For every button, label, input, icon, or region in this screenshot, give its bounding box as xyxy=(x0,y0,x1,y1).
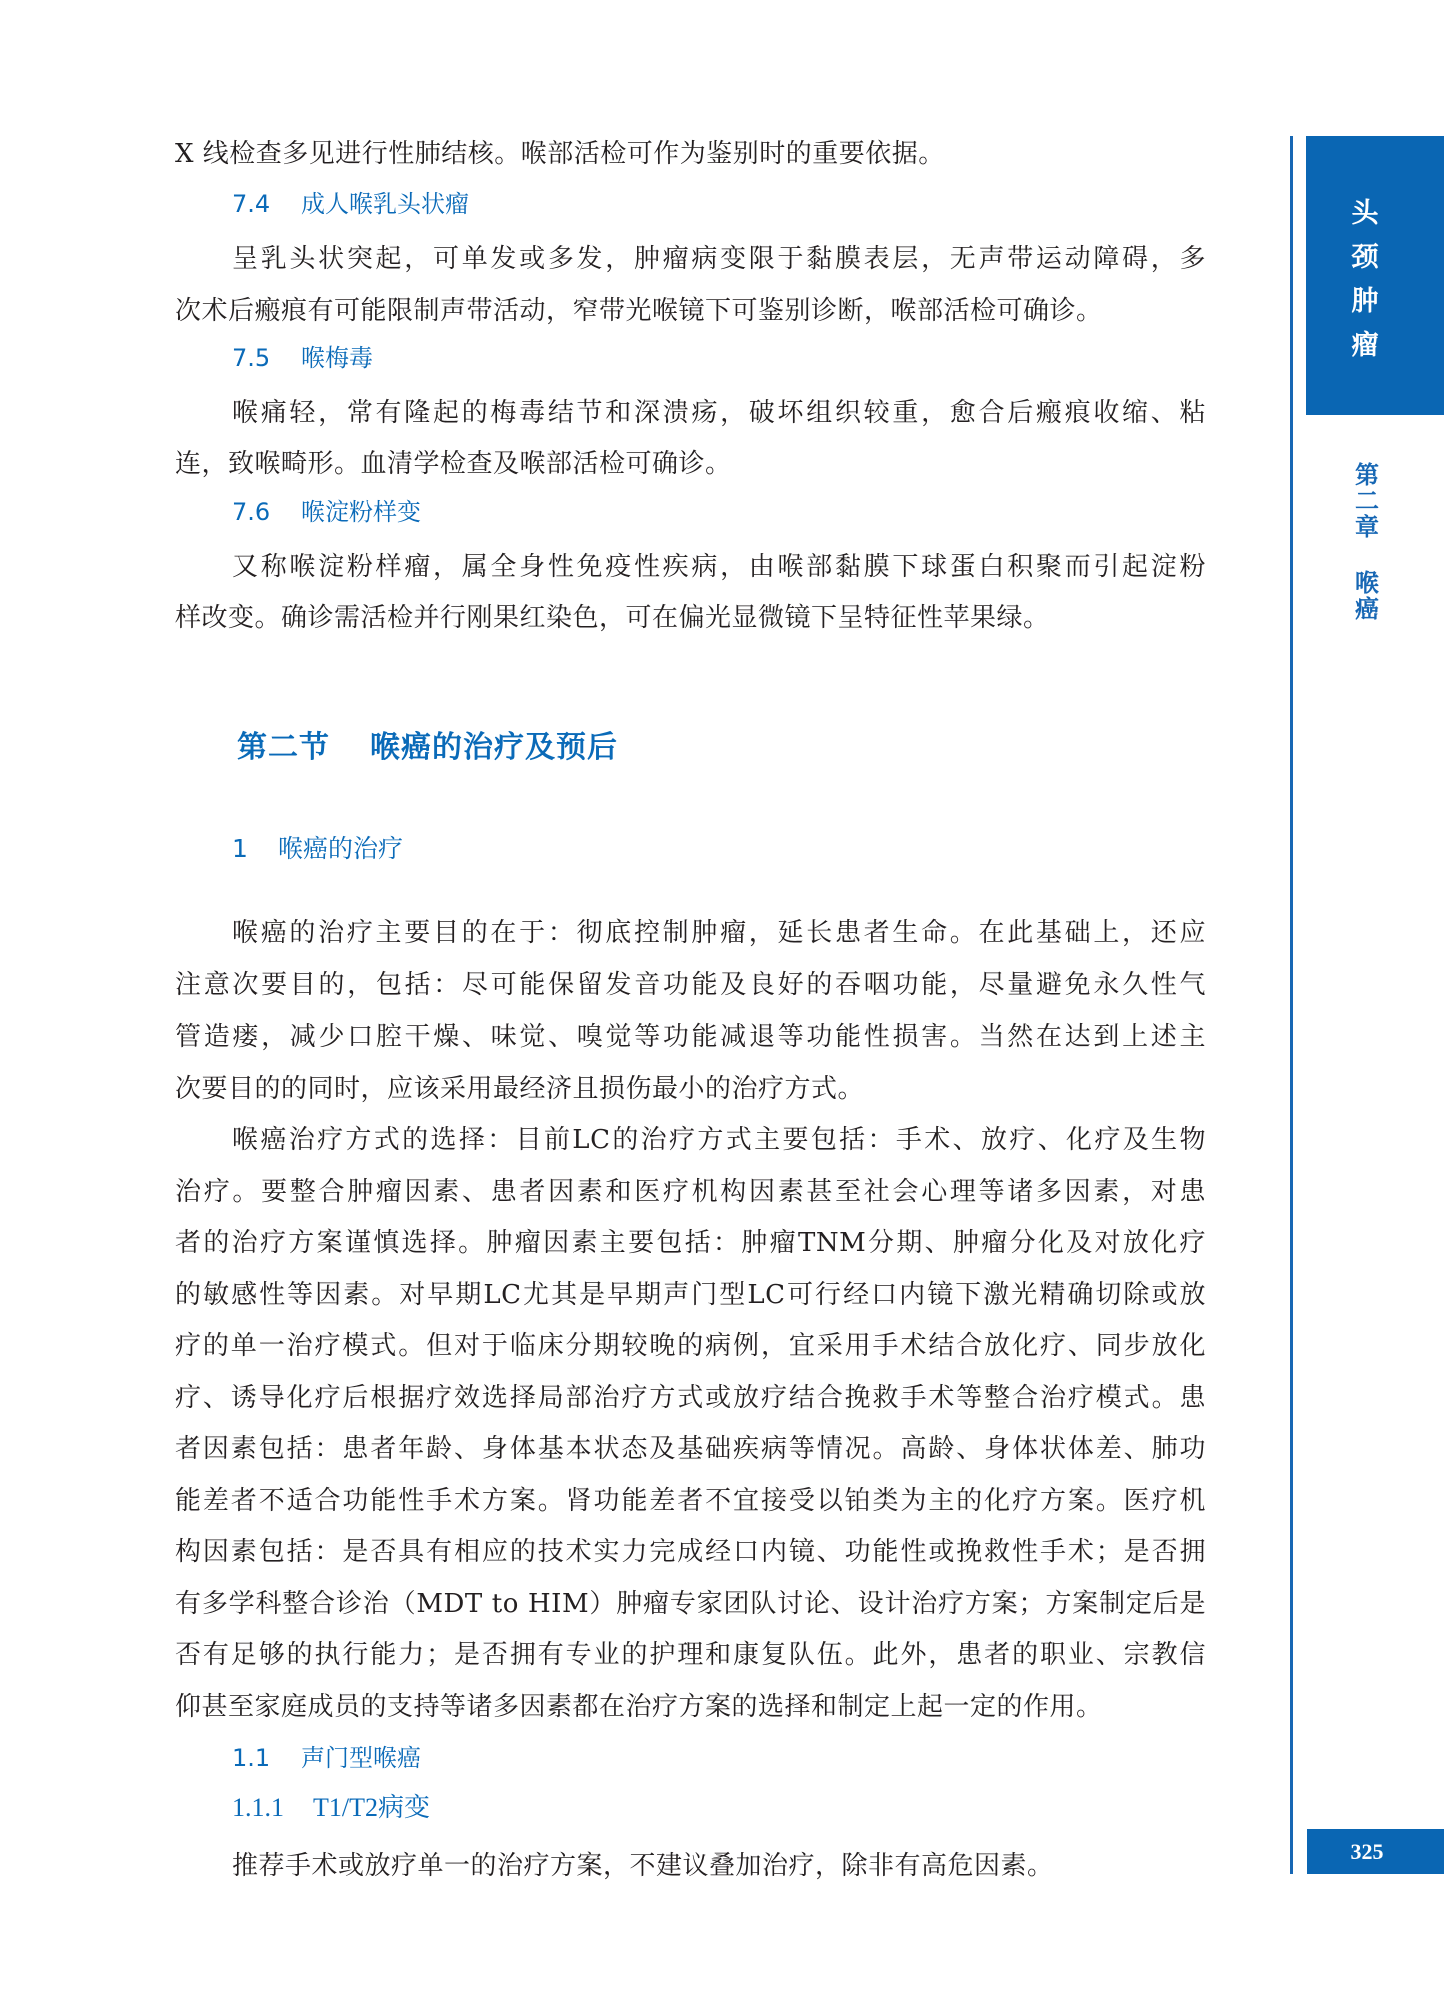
heading-number: 7.6 xyxy=(232,494,301,530)
section-number: 第二节 xyxy=(237,726,330,770)
section-title-text: 喉癌的治疗及预后 xyxy=(370,730,618,765)
heading-number: 1.1.1 xyxy=(232,1790,313,1826)
heading-title: 声门型喉癌 xyxy=(301,1744,421,1772)
body-text-line: 疗的单一治疗模式。但对于临床分期较晚的病例，宜采用手术结合放化疗、同步放化 xyxy=(175,1326,1206,1366)
chapter-char: 二 xyxy=(1355,488,1379,514)
part-tab-char: 肿 xyxy=(1352,280,1379,324)
body-text-line: 的敏感性等因素。对早期LC尤其是早期声门型LC可行经口内镜下激光精确切除或放 xyxy=(175,1275,1206,1315)
subsection-heading-7-5: 7.5喉梅毒 xyxy=(232,340,373,376)
subsection-heading-7-4: 7.4成人喉乳头状瘤 xyxy=(232,186,469,222)
heading-title: 喉梅毒 xyxy=(301,344,373,372)
body-text-line: 者的治疗方案谨慎选择。肿瘤因素主要包括：肿瘤TNM分期、肿瘤分化及对放化疗 xyxy=(175,1223,1206,1263)
body-text-line: 者因素包括：患者年龄、身体基本状态及基础疾病等情况。高龄、身体状体差、肺功 xyxy=(175,1429,1206,1469)
body-text-line: 连，致喉畸形。血清学检查及喉部活检可确诊。 xyxy=(175,444,1206,484)
heading-number: 1.1 xyxy=(232,1740,301,1776)
body-text-line: 注意次要目的，包括：尽可能保留发音功能及良好的吞咽功能，尽量避免永久性气 xyxy=(175,965,1206,1005)
subsection-heading-7-6: 7.6喉淀粉样变 xyxy=(232,494,421,530)
body-text-line: 次要目的的同时，应该采用最经济且损伤最小的治疗方式。 xyxy=(175,1069,1206,1109)
body-text-line: 喉癌治疗方式的选择：目前LC的治疗方式主要包括：手术、放疗、化疗及生物 xyxy=(232,1120,1206,1160)
chapter-topic-char: 癌 xyxy=(1355,596,1379,622)
subsection-heading-1-1-1: 1.1.1T1/T2病变 xyxy=(232,1790,430,1826)
heading-number: 1 xyxy=(232,829,278,869)
body-text-line: 次术后瘢痕有可能限制声带活动，窄带光喉镜下可鉴别诊断，喉部活检可确诊。 xyxy=(175,291,1206,331)
body-text-line: X 线检查多见进行性肺结核。喉部活检可作为鉴别时的重要依据。 xyxy=(175,134,1206,174)
margin-rule xyxy=(1290,136,1293,1874)
body-text-line: 喉痛轻，常有隆起的梅毒结节和深溃疡，破坏组织较重，愈合后瘢痕收缩、粘 xyxy=(232,393,1206,433)
part-tab-label: 头 颈 肿 瘤 xyxy=(1306,192,1424,368)
chapter-topic-char: 喉 xyxy=(1355,570,1379,596)
body-text-line: 管造瘘，减少口腔干燥、味觉、嗅觉等功能减退等功能性损害。当然在达到上述主 xyxy=(175,1017,1206,1057)
part-tab-char: 头 xyxy=(1352,192,1379,236)
body-text-line: 否有足够的执行能力；是否拥有专业的护理和康复队伍。此外，患者的职业、宗教信 xyxy=(175,1635,1206,1675)
heading-number: 7.4 xyxy=(232,186,301,222)
part-tab-char: 颈 xyxy=(1352,236,1379,280)
body-text-line: 样改变。确诊需活检并行刚果红染色，可在偏光显微镜下呈特征性苹果绿。 xyxy=(175,598,1206,638)
heading-title: T1/T2病变 xyxy=(313,1793,430,1822)
heading-title: 喉癌的治疗 xyxy=(278,834,403,863)
part-tab-char: 瘤 xyxy=(1352,324,1379,368)
body-text-line: 仰甚至家庭成员的支持等诸多因素都在治疗方案的选择和制定上起一定的作用。 xyxy=(175,1687,1206,1727)
chapter-label: 第 二 章 喉 癌 xyxy=(1306,462,1428,622)
page-number: 325 xyxy=(1307,1829,1427,1874)
chapter-char: 章 xyxy=(1355,514,1379,540)
body-text-line: 疗、诱导化疗后根据疗效选择局部治疗方式或放疗结合挽救手术等整合治疗模式。患 xyxy=(175,1378,1206,1418)
page-number-badge: 325 xyxy=(1307,1829,1444,1874)
book-page: X 线检查多见进行性肺结核。喉部活检可作为鉴别时的重要依据。 7.4成人喉乳头状… xyxy=(0,0,1444,2010)
body-text-line: 治疗。要整合肿瘤因素、患者因素和医疗机构因素甚至社会心理等诸多因素，对患 xyxy=(175,1172,1206,1212)
body-text-line: 构因素包括：是否具有相应的技术实力完成经口内镜、功能性或挽救性手术；是否拥 xyxy=(175,1532,1206,1572)
body-text-line: 喉癌的治疗主要目的在于：彻底控制肿瘤，延长患者生命。在此基础上，还应 xyxy=(232,913,1206,953)
body-text-line: 有多学科整合诊治（MDT to HIM）肿瘤专家团队讨论、设计治疗方案；方案制定… xyxy=(175,1584,1206,1624)
subsection-heading-1-1: 1.1声门型喉癌 xyxy=(232,1740,421,1776)
section-title: 第二节喉癌的治疗及预后 xyxy=(237,726,618,770)
body-text-line: 能差者不适合功能性手术方案。肾功能差者不宜接受以铂类为主的化疗方案。医疗机 xyxy=(175,1481,1206,1521)
body-text-line: 呈乳头状突起，可单发或多发，肿瘤病变限于黏膜表层，无声带运动障碍，多 xyxy=(232,239,1206,279)
heading-number: 7.5 xyxy=(232,340,301,376)
body-text-line: 又称喉淀粉样瘤，属全身性免疫性疾病，由喉部黏膜下球蛋白积聚而引起淀粉 xyxy=(232,547,1206,587)
body-text-line: 推荐手术或放疗单一的治疗方案，不建议叠加治疗，除非有高危因素。 xyxy=(232,1846,1206,1886)
chapter-char: 第 xyxy=(1355,462,1379,488)
heading-title: 喉淀粉样变 xyxy=(301,498,421,526)
part-tab: 头 颈 肿 瘤 xyxy=(1306,136,1444,415)
heading-1: 1喉癌的治疗 xyxy=(232,829,403,869)
heading-title: 成人喉乳头状瘤 xyxy=(301,190,469,218)
